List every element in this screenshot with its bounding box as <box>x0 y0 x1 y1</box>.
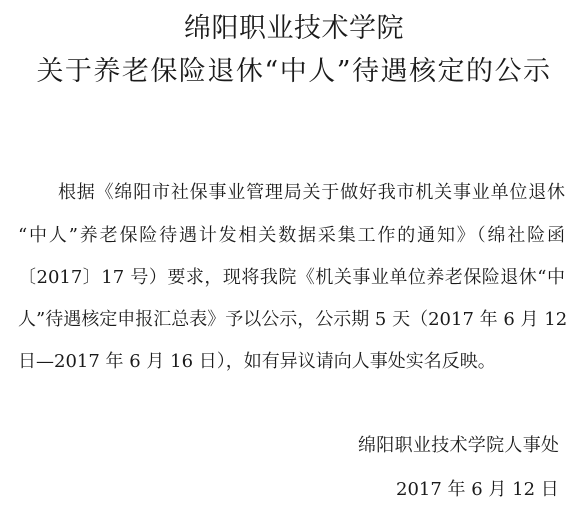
body-paragraph-line: 日—2017 年 6 月 16 日），如有异议请向人事处实名反映。 <box>18 350 496 374</box>
signature-department: 绵阳职业技术学院人事处 <box>358 434 559 458</box>
signature-date: 2017 年 6 月 12 日 <box>396 478 559 502</box>
body-paragraph-line: “中人”养老保险待遇计发相关数据采集工作的通知》（绵社险函 <box>18 224 565 248</box>
body-paragraph-line: 根据《绵阳市社保事业管理局关于做好我市机关事业单位退休 <box>58 181 565 205</box>
document-title-institution: 绵阳职业技术学院 <box>0 14 588 44</box>
document-title-subject: 关于养老保险退休“中人”待遇核定的公示 <box>0 57 588 87</box>
body-paragraph-line: 人”待遇核定申报汇总表》予以公示，公示期 5 天（2017 年 6 月 12 <box>18 308 565 332</box>
body-paragraph-line: 〔2017〕17 号）要求，现将我院《机关事业单位养老保险退休“中 <box>18 266 565 290</box>
